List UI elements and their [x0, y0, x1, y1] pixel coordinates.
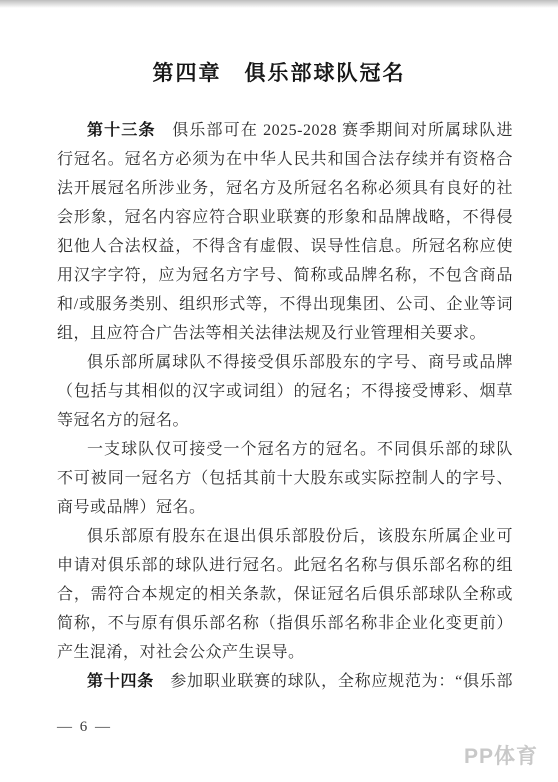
line-text: 犯他人合法权益，不得含有虚假、误导性信息。所冠名称应使 [57, 238, 513, 255]
pp-sports-watermark-logo: PP体育 [464, 740, 538, 770]
line-text: 合，需符合本规定的相关条款，保证冠名后俱乐部球队全称或 [57, 586, 513, 603]
text-line: 行冠名。冠名方必须为在中华人民共和国合法存续并有资格合 [57, 145, 513, 174]
chapter-title: 第四章 俱乐部球队冠名 [0, 57, 558, 87]
text-line: 法开展冠名所涉业务，冠名方及所冠名名称必须具有良好的社 [57, 174, 513, 203]
text-line: 等冠名方的冠名。 [57, 406, 513, 435]
text-line: 合，需符合本规定的相关条款，保证冠名后俱乐部球队全称或 [57, 580, 513, 609]
scan-edge-shadow [0, 0, 558, 8]
line-text: 参加职业联赛的球队，全称应规范为：“俱乐部 [170, 673, 513, 690]
line-text: 和/或服务类别、组织形式等，不得出现集团、公司、企业等词 [57, 296, 513, 313]
text-line: 产生混淆，对社会公众产生误导。 [57, 638, 513, 667]
line-text: 等冠名方的冠名。 [57, 412, 189, 429]
line-text: 俱乐部原有股东在退出俱乐部股份后，该股东所属企业可 [87, 528, 513, 545]
text-line: 简称，不与原有俱乐部名称（指俱乐部名称非企业化变更前） [57, 609, 513, 638]
line-text: 行冠名。冠名方必须为在中华人民共和国合法存续并有资格合 [57, 151, 513, 168]
text-line: 一支球队仅可接受一个冠名方的冠名。不同俱乐部的球队 [57, 435, 513, 464]
document-body: 第十三条俱乐部可在 2025-2028 赛季期间对所属球队进行冠名。冠名方必须为… [57, 116, 513, 696]
document-page: 第四章 俱乐部球队冠名 第十三条俱乐部可在 2025-2028 赛季期间对所属球… [0, 0, 558, 782]
text-line: （包括与其相似的汉字或词组）的冠名；不得接受博彩、烟草 [57, 377, 513, 406]
line-text: 不可被同一冠名方（包括其前十大股东或实际控制人的字号、 [57, 470, 513, 487]
line-text: 法开展冠名所涉业务，冠名方及所冠名名称必须具有良好的社 [57, 180, 513, 197]
page-number: — 6 — [57, 719, 112, 736]
line-text: 会形象，冠名内容应符合职业联赛的形象和品牌战略，不得侵 [57, 209, 513, 226]
line-text: 俱乐部可在 2025-2028 赛季期间对所属球队进 [172, 122, 513, 139]
line-text: 一支球队仅可接受一个冠名方的冠名。不同俱乐部的球队 [87, 441, 513, 458]
line-text: 用汉字字符，应为冠名方字号、简称或品牌名称，不包含商品 [57, 267, 513, 284]
line-text: 俱乐部所属球队不得接受俱乐部股东的字号、商号或品牌 [87, 354, 513, 371]
text-line: 商号或品牌）冠名。 [57, 493, 513, 522]
text-line: 和/或服务类别、组织形式等，不得出现集团、公司、企业等词 [57, 290, 513, 319]
text-line: 俱乐部所属球队不得接受俱乐部股东的字号、商号或品牌 [57, 348, 513, 377]
line-text: 简称，不与原有俱乐部名称（指俱乐部名称非企业化变更前） [57, 615, 513, 632]
line-text: 申请对俱乐部的球队进行冠名。此冠名名称与俱乐部名称的组 [57, 557, 513, 574]
article-number-label: 第十三条 [87, 122, 156, 139]
line-text: 组，且应符合广告法等相关法律法规及行业管理相关要求。 [57, 325, 486, 342]
line-text: （包括与其相似的汉字或词组）的冠名；不得接受博彩、烟草 [57, 383, 513, 400]
text-line: 用汉字字符，应为冠名方字号、简称或品牌名称，不包含商品 [57, 261, 513, 290]
text-line: 犯他人合法权益，不得含有虚假、误导性信息。所冠名称应使 [57, 232, 513, 261]
text-line: 第十三条俱乐部可在 2025-2028 赛季期间对所属球队进 [57, 116, 513, 145]
text-line: 第十四条参加职业联赛的球队，全称应规范为：“俱乐部 [57, 667, 513, 696]
text-line: 申请对俱乐部的球队进行冠名。此冠名名称与俱乐部名称的组 [57, 551, 513, 580]
line-text: 商号或品牌）冠名。 [57, 499, 206, 516]
text-line: 不可被同一冠名方（包括其前十大股东或实际控制人的字号、 [57, 464, 513, 493]
line-text: 产生混淆，对社会公众产生误导。 [57, 644, 305, 661]
text-line: 会形象，冠名内容应符合职业联赛的形象和品牌战略，不得侵 [57, 203, 513, 232]
text-line: 组，且应符合广告法等相关法律法规及行业管理相关要求。 [57, 319, 513, 348]
article-number-label: 第十四条 [87, 673, 154, 690]
text-line: 俱乐部原有股东在退出俱乐部股份后，该股东所属企业可 [57, 522, 513, 551]
